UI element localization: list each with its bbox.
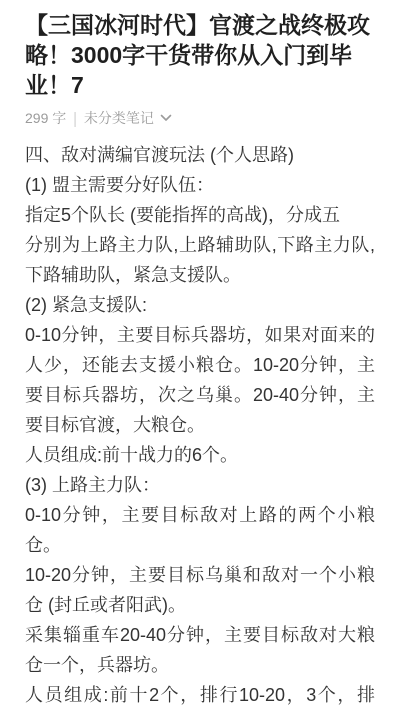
category-selector[interactable]: 未分类笔记 xyxy=(84,108,172,128)
body-line: (1) 盟主需要分好队伍： xyxy=(25,170,375,200)
word-count: 299 字 xyxy=(25,108,66,128)
body-line: 要目标兵器坊，次之乌巢。20-40分钟，主 xyxy=(25,380,375,410)
note-body[interactable]: 四、敌对满编官渡玩法 (个人思路)(1) 盟主需要分好队伍：指定5个队长 (要能… xyxy=(25,140,375,705)
body-line: 仓。 xyxy=(25,530,375,560)
title-line: 【三国冰河时代】官渡之战终极攻 xyxy=(25,10,375,40)
body-line: 人员组成:前十2个，排行10-20，3个，排 xyxy=(25,680,375,705)
note-editor-page: 【三国冰河时代】官渡之战终极攻 略！3000字干货带你从入门到毕 业！7 299… xyxy=(0,0,400,705)
body-line: (3) 上路主力队： xyxy=(25,470,375,500)
body-line: 0-10分钟，主要目标敌对上路的两个小粮 xyxy=(25,500,375,530)
body-line: 仓 (封丘或者阳武)。 xyxy=(25,590,375,620)
body-line: 仓一个，兵器坊。 xyxy=(25,650,375,680)
body-line: 人员组成:前十战力的6个。 xyxy=(25,440,375,470)
body-line: 人少，还能去支援小粮仓。10-20分钟，主 xyxy=(25,350,375,380)
body-line: 0-10分钟，主要目标兵器坊，如果对面来的 xyxy=(25,320,375,350)
body-line: 四、敌对满编官渡玩法 (个人思路) xyxy=(25,140,375,170)
body-line: 采集辎重车20-40分钟，主要目标敌对大粮 xyxy=(25,620,375,650)
body-line: 要目标官渡，大粮仓。 xyxy=(25,410,375,440)
meta-divider: | xyxy=(73,109,77,127)
body-line: 分别为上路主力队,上路辅助队,下路主力队, xyxy=(25,230,375,260)
body-line: 指定5个队长 (要能指挥的高战)，分成五队。 xyxy=(25,200,375,230)
title-line: 略！3000字干货带你从入门到毕 xyxy=(25,40,375,70)
note-title[interactable]: 【三国冰河时代】官渡之战终极攻 略！3000字干货带你从入门到毕 业！7 xyxy=(25,10,375,100)
body-line: 下路辅助队，紧急支援队。 xyxy=(25,260,375,290)
body-line: (2) 紧急支援队: xyxy=(25,290,375,320)
note-meta-bar: 299 字 | 未分类笔记 xyxy=(25,108,375,128)
chevron-down-icon xyxy=(160,114,172,122)
title-line: 业！7 xyxy=(25,70,375,100)
category-label: 未分类笔记 xyxy=(84,108,154,128)
body-line: 10-20分钟，主要目标乌巢和敌对一个小粮 xyxy=(25,560,375,590)
